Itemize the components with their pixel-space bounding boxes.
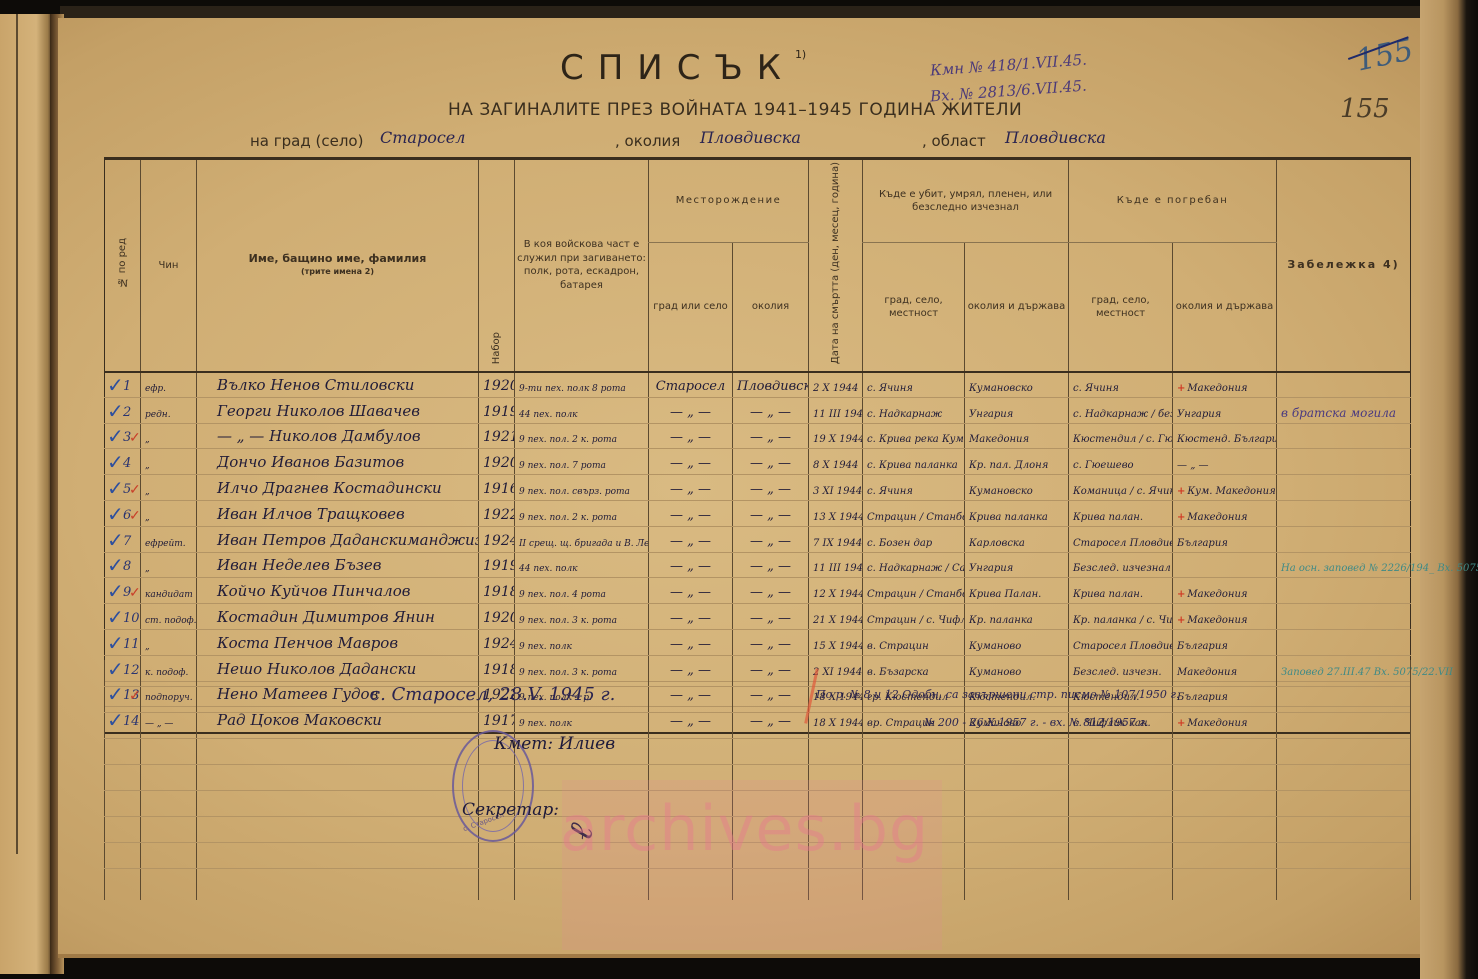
cell-unit: 9 пех. пол. 2 к. рота bbox=[515, 501, 649, 527]
cell-rank: „ bbox=[141, 475, 197, 501]
cell-death-town: Страцин / Станбол. махала bbox=[863, 578, 965, 604]
blue-check-icon: ✓ bbox=[107, 553, 124, 577]
cell-death-district: Кр. пал. Длоня bbox=[965, 449, 1069, 475]
cell-remarks bbox=[1277, 630, 1411, 656]
cell-burial-town: Безслед. изчезнал bbox=[1069, 552, 1173, 578]
cell-birth-district: — „ — bbox=[733, 449, 809, 475]
cell-unit: 9 пех. пол. 7 рота bbox=[515, 449, 649, 475]
place-line: на град (село) Старосел , околия Пловдив… bbox=[250, 128, 1130, 154]
cell-burial-town: Крива палан. bbox=[1069, 501, 1173, 527]
cell-name: Дончо Иванов Базитов bbox=[197, 449, 479, 475]
blue-check-icon: ✓ bbox=[107, 528, 124, 552]
left-page-rule bbox=[16, 14, 18, 854]
ruled-column-line bbox=[1410, 660, 1411, 900]
cell-death-date: 19 X 1944 г. bbox=[809, 423, 863, 449]
cell-death-date: 12 X 1944 г. bbox=[809, 578, 863, 604]
cell-rank: „ bbox=[141, 630, 197, 656]
cell-death-town: с. Ячиня bbox=[863, 372, 965, 398]
cell-draft: 1920 bbox=[479, 604, 515, 630]
table-row: ✓9✓кандидатКойчо Куйчов Пинчалов19189 пе… bbox=[105, 578, 1411, 604]
cell-birth-town: — „ — bbox=[649, 449, 733, 475]
cell-no: ✓7 bbox=[105, 526, 141, 552]
cell-unit: 9 пех. полк bbox=[515, 630, 649, 656]
table-row: ✓3✓„— „ — Николов Дамбулов19219 пех. пол… bbox=[105, 423, 1411, 449]
cell-name: Иван Петров Даданскиманджиз bbox=[197, 526, 479, 552]
table-row: ✓1ефр.Вълко Ненов Стиловски19209-ти пех.… bbox=[105, 372, 1411, 398]
region-label: , област bbox=[922, 132, 986, 150]
header-birthplace: Месторождение bbox=[649, 159, 809, 243]
ruled-row-line bbox=[104, 712, 1410, 713]
cell-death-town: Страцин / Станбол. махала bbox=[863, 501, 965, 527]
cell-death-district: Карловска bbox=[965, 526, 1069, 552]
header-death-place: Къде е убит, умрял, пленен, или безследн… bbox=[863, 159, 1069, 243]
cell-death-date: 11 III 1945 г. bbox=[809, 397, 863, 423]
cell-death-town: в. Страцин bbox=[863, 630, 965, 656]
ruled-column-line bbox=[140, 660, 141, 900]
cell-no: ✓11 bbox=[105, 630, 141, 656]
cell-draft: 1916 bbox=[479, 475, 515, 501]
cell-rank: ефр. bbox=[141, 372, 197, 398]
cell-name: Койчо Куйчов Пинчалов bbox=[197, 578, 479, 604]
cell-burial-district: +Македония bbox=[1173, 578, 1277, 604]
table-row: ✓2редн.Георги Николов Шавачев191944 пех.… bbox=[105, 397, 1411, 423]
blue-check-icon: ✓ bbox=[107, 605, 124, 629]
cell-unit: 9 пех. пол. 2 к. рота bbox=[515, 423, 649, 449]
cell-no: ✓9✓ bbox=[105, 578, 141, 604]
cell-birth-district: Пловдивска bbox=[733, 372, 809, 398]
cell-unit: 9 пех. пол. 4 рота bbox=[515, 578, 649, 604]
cell-burial-district: България bbox=[1173, 526, 1277, 552]
cell-death-town: с. Надкарнаж / Сайдан bbox=[863, 552, 965, 578]
cell-name: Георги Николов Шавачев bbox=[197, 397, 479, 423]
header-birth-district: околия bbox=[733, 243, 809, 372]
blue-check-icon: ✓ bbox=[107, 373, 124, 397]
cell-death-district: Крива Палан. bbox=[965, 578, 1069, 604]
header-no: № по ред bbox=[105, 159, 141, 372]
cell-birth-town: — „ — bbox=[649, 578, 733, 604]
cell-draft: 1920 bbox=[479, 372, 515, 398]
cell-birth-town: — „ — bbox=[649, 397, 733, 423]
red-check-icon: ✓ bbox=[129, 508, 141, 524]
header-unit: В коя войскова част е служил при загиван… bbox=[515, 159, 649, 372]
header-draft: Набор bbox=[479, 159, 515, 372]
cell-draft: 1919 bbox=[479, 397, 515, 423]
cell-birth-district: — „ — bbox=[733, 578, 809, 604]
cell-no: ✓2 bbox=[105, 397, 141, 423]
town-label: на град (село) bbox=[250, 132, 363, 150]
ruled-row-line bbox=[104, 764, 1410, 765]
left-page-edge bbox=[0, 14, 52, 974]
red-check-icon: ✓ bbox=[129, 482, 141, 498]
table-row: ✓7ефрейт.Иван Петров Даданскиманджиз1924… bbox=[105, 526, 1411, 552]
cell-rank: „ bbox=[141, 552, 197, 578]
cell-burial-town: Команица / с. Ячиня bbox=[1069, 475, 1173, 501]
cell-death-district: Унгария bbox=[965, 552, 1069, 578]
cell-death-district: Унгария bbox=[965, 397, 1069, 423]
cell-death-town: с. Надкарнаж bbox=[863, 397, 965, 423]
ruled-row-line bbox=[104, 738, 1410, 739]
cell-unit: 9 пех. пол. 3 к. рота bbox=[515, 604, 649, 630]
blue-check-icon: ✓ bbox=[107, 399, 124, 423]
cell-burial-district bbox=[1173, 552, 1277, 578]
cell-remarks: в братска могила bbox=[1277, 397, 1411, 423]
cell-no: ✓3✓ bbox=[105, 423, 141, 449]
cell-remarks bbox=[1277, 526, 1411, 552]
cell-burial-town: Крива палан. bbox=[1069, 578, 1173, 604]
cell-death-date: 2 X 1944 г. bbox=[809, 372, 863, 398]
cell-unit: 44 пех. полк bbox=[515, 397, 649, 423]
table-row: ✓10ст. подоф.Костадин Димитров Янин19209… bbox=[105, 604, 1411, 630]
cell-name: Иван Неделев Бъзев bbox=[197, 552, 479, 578]
cell-remarks bbox=[1277, 578, 1411, 604]
cell-birth-district: — „ — bbox=[733, 630, 809, 656]
blue-check-icon: ✓ bbox=[107, 476, 124, 500]
book-right-edge bbox=[1420, 0, 1478, 979]
cell-rank: „ bbox=[141, 501, 197, 527]
cell-rank: редн. bbox=[141, 397, 197, 423]
cell-rank: „ bbox=[141, 449, 197, 475]
cell-no: ✓8 bbox=[105, 552, 141, 578]
cell-rank: ст. подоф. bbox=[141, 604, 197, 630]
cell-draft: 1924 bbox=[479, 630, 515, 656]
casualty-ledger-table: № по ред Чин Име, бащино име, фамилия(тр… bbox=[104, 157, 1411, 734]
header-name: Име, бащино име, фамилия(трите имена 2) bbox=[197, 159, 479, 372]
red-cross-icon: + bbox=[1177, 589, 1185, 600]
cell-birth-town: — „ — bbox=[649, 423, 733, 449]
cell-draft: 1921 bbox=[479, 423, 515, 449]
cell-name: Иван Илчов Тращковев bbox=[197, 501, 479, 527]
header-burial-district: околия и държава bbox=[1173, 243, 1277, 372]
cell-birth-district: — „ — bbox=[733, 501, 809, 527]
cell-birth-district: — „ — bbox=[733, 552, 809, 578]
cell-death-town: с. Бозен дар bbox=[863, 526, 965, 552]
cell-birth-town: Старосел bbox=[649, 372, 733, 398]
document-title: СПИСЪК1) bbox=[560, 48, 806, 88]
blue-check-icon: ✓ bbox=[107, 579, 124, 603]
cell-burial-town: Кюстендил / с. Гюешево bbox=[1069, 423, 1173, 449]
cell-death-date: 15 X 1944 г. bbox=[809, 630, 863, 656]
ruled-column-line bbox=[196, 660, 197, 900]
cell-death-town: с. Крива паланка bbox=[863, 449, 965, 475]
blue-check-icon: ✓ bbox=[107, 424, 124, 448]
cell-birth-town: — „ — bbox=[649, 475, 733, 501]
cell-name: Вълко Ненов Стиловски bbox=[197, 372, 479, 398]
cell-death-district: Куманово bbox=[965, 630, 1069, 656]
cell-burial-district: Кюстенд. България bbox=[1173, 423, 1277, 449]
red-cross-icon: + bbox=[1177, 512, 1185, 523]
header-death-district: околия и държава bbox=[965, 243, 1069, 372]
cell-draft: 1918 bbox=[479, 578, 515, 604]
red-cross-icon: + bbox=[1177, 486, 1185, 497]
cell-death-district: Кр. паланка bbox=[965, 604, 1069, 630]
header-burial-place: Къде е погребан bbox=[1069, 159, 1277, 243]
cell-no: ✓5✓ bbox=[105, 475, 141, 501]
cell-burial-district: — „ — bbox=[1173, 449, 1277, 475]
cell-death-date: 7 IX 1944 г. bbox=[809, 526, 863, 552]
cell-draft: 1920 bbox=[479, 449, 515, 475]
table-row: ✓4„Дончо Иванов Базитов19209 пех. пол. 7… bbox=[105, 449, 1411, 475]
cell-birth-district: — „ — bbox=[733, 526, 809, 552]
header-death-town: град, село, местност bbox=[863, 243, 965, 372]
cell-birth-district: — „ — bbox=[733, 423, 809, 449]
ruled-column-line bbox=[1276, 660, 1277, 900]
cell-death-district: Крива паланка bbox=[965, 501, 1069, 527]
cell-burial-town: с. Надкарнаж / безследно изчезнал bbox=[1069, 397, 1173, 423]
cell-unit: II срещ. щ. бригада и В. Левски bbox=[515, 526, 649, 552]
header-birth-town: град или село bbox=[649, 243, 733, 372]
cell-birth-district: — „ — bbox=[733, 604, 809, 630]
cell-remarks bbox=[1277, 372, 1411, 398]
cell-unit: 9 пех. пол. свърз. рота bbox=[515, 475, 649, 501]
cell-name: Илчо Драгнев Костадински bbox=[197, 475, 479, 501]
cell-remarks bbox=[1277, 423, 1411, 449]
cell-rank: „ bbox=[141, 423, 197, 449]
header-rank: Чин bbox=[141, 159, 197, 372]
cell-birth-town: — „ — bbox=[649, 630, 733, 656]
cell-no: ✓10 bbox=[105, 604, 141, 630]
cell-death-district: Македония bbox=[965, 423, 1069, 449]
cell-death-town: с. Крива река Кумановско bbox=[863, 423, 965, 449]
cell-burial-town: с. Гюешево bbox=[1069, 449, 1173, 475]
ruled-row-line bbox=[104, 686, 1410, 687]
cell-remarks bbox=[1277, 475, 1411, 501]
cell-draft: 1922 bbox=[479, 501, 515, 527]
town-value: Старосел bbox=[380, 128, 465, 147]
cell-no: ✓1 bbox=[105, 372, 141, 398]
cell-burial-district: Унгария bbox=[1173, 397, 1277, 423]
table-row: ✓5✓„Илчо Драгнев Костадински19169 пех. п… bbox=[105, 475, 1411, 501]
cell-birth-town: — „ — bbox=[649, 501, 733, 527]
cell-no: ✓6✓ bbox=[105, 501, 141, 527]
region-value: Пловдивска bbox=[1005, 128, 1106, 147]
table-row: ✓11„Коста Пенчов Мавров19249 пех. полк— … bbox=[105, 630, 1411, 656]
cell-birth-district: — „ — bbox=[733, 475, 809, 501]
cell-burial-district: +Македония bbox=[1173, 501, 1277, 527]
signature-secretary-label: Секретар: bbox=[462, 800, 559, 820]
cell-remarks bbox=[1277, 501, 1411, 527]
district-value: Пловдивска bbox=[700, 128, 801, 147]
cell-death-town: с. Ячиня bbox=[863, 475, 965, 501]
footer-place-date: с. Старосел, 28.V. 1945 г. bbox=[370, 684, 615, 705]
blue-check-icon: ✓ bbox=[107, 631, 124, 655]
red-cross-icon: + bbox=[1177, 383, 1185, 394]
signature-mayor: Кмет: Илиев bbox=[494, 734, 615, 754]
cell-rank: кандидат bbox=[141, 578, 197, 604]
red-check-icon: ✓ bbox=[129, 430, 141, 446]
header-burial-town: град, село, местност bbox=[1069, 243, 1173, 372]
cell-death-date: 13 X 1944 г. bbox=[809, 501, 863, 527]
cell-burial-district: +Македония bbox=[1173, 604, 1277, 630]
cell-remarks bbox=[1277, 449, 1411, 475]
cell-death-date: 11 III 1945 г. bbox=[809, 552, 863, 578]
cell-name: Костадин Димитров Янин bbox=[197, 604, 479, 630]
cell-burial-town: с. Ячиня bbox=[1069, 372, 1173, 398]
cell-death-date: 8 X 1944 г. bbox=[809, 449, 863, 475]
blue-check-icon: ✓ bbox=[107, 502, 124, 526]
cell-no: ✓4 bbox=[105, 449, 141, 475]
blue-check-icon: ✓ bbox=[107, 450, 124, 474]
cell-birth-town: — „ — bbox=[649, 552, 733, 578]
cell-burial-district: +Македония bbox=[1173, 372, 1277, 398]
cell-unit: 44 пех. полк bbox=[515, 552, 649, 578]
cell-death-district: Кумановско bbox=[965, 475, 1069, 501]
cell-remarks: На осн. заповед № 2226/194_ Вх. 5075/22.… bbox=[1277, 552, 1411, 578]
cell-birth-town: — „ — bbox=[649, 604, 733, 630]
cell-death-date: 3 XI 1944 г. bbox=[809, 475, 863, 501]
cell-burial-district: +Кум. Македония bbox=[1173, 475, 1277, 501]
cell-burial-district: България bbox=[1173, 630, 1277, 656]
red-check-icon: ✓ bbox=[129, 585, 141, 601]
cell-death-date: 21 X 1944 г. bbox=[809, 604, 863, 630]
header-remarks: Забележка 4) bbox=[1277, 159, 1411, 372]
cell-death-district: Кумановско bbox=[965, 372, 1069, 398]
district-label: , околия bbox=[615, 132, 680, 150]
cell-name: Коста Пенчов Мавров bbox=[197, 630, 479, 656]
cell-birth-town: — „ — bbox=[649, 526, 733, 552]
table-row: ✓6✓„Иван Илчов Тращковев19229 пех. пол. … bbox=[105, 501, 1411, 527]
cell-draft: 1919 bbox=[479, 552, 515, 578]
header-death-date: Дата на смъртта (ден, месец, година) bbox=[809, 159, 863, 372]
watermark-text: archives.bg bbox=[560, 792, 929, 865]
book-binding-top bbox=[60, 6, 1430, 18]
page-number-printed: 155 bbox=[1340, 94, 1390, 124]
footer-reference-2: № 200 - 26.X.1957 г. - вх. № 812/1957 г. bbox=[924, 716, 1148, 729]
cell-burial-town: Старосел Пловдив. bbox=[1069, 630, 1173, 656]
ruled-column-line bbox=[104, 660, 105, 900]
cell-death-town: Страцин / с. Чифлик кан. bbox=[863, 604, 965, 630]
cell-remarks bbox=[1277, 604, 1411, 630]
cell-rank: ефрейт. bbox=[141, 526, 197, 552]
cell-birth-district: — „ — bbox=[733, 397, 809, 423]
red-cross-icon: + bbox=[1177, 615, 1185, 626]
cell-draft: 1924 bbox=[479, 526, 515, 552]
cell-unit: 9-ти пех. полк 8 рота bbox=[515, 372, 649, 398]
table-row: ✓8„Иван Неделев Бъзев191944 пех. полк— „… bbox=[105, 552, 1411, 578]
cell-burial-town: Кр. паланка / с. Чифлик кан. bbox=[1069, 604, 1173, 630]
footer-reference-1: По р. № 8 и 12 Одобн. са завършени стр. … bbox=[816, 688, 1179, 701]
cell-burial-town: Старосел Пловдив. bbox=[1069, 526, 1173, 552]
cell-name: — „ — Николов Дамбулов bbox=[197, 423, 479, 449]
